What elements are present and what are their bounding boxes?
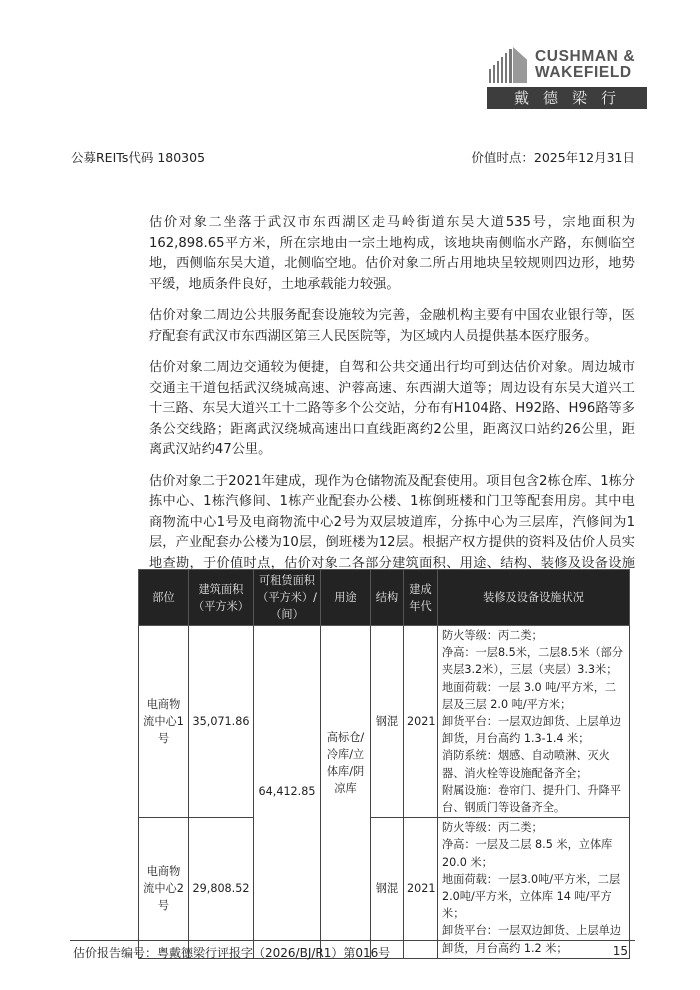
footer-divider [70, 940, 635, 941]
building-spec-table: 部位 建筑面积（平方米） 可租赁面积（平方米）/（间） 用途 结构 建成年代 装… [138, 569, 630, 959]
facility-line: 净高：一层8.5米，二层8.5米（部分夹层3.2米），三层（夹层）3.3米； [442, 644, 626, 678]
col-header-structure: 结构 [371, 570, 404, 626]
facility-line: 地面荷载：一层 3.0 吨/平方米，二层及三层 2.0 吨/平方米； [442, 679, 626, 713]
paragraph-transport: 估价对象二周边交通较为便捷，自驾和公共交通出行均可到达估价对象。周边城市交通主干… [149, 358, 635, 461]
cell-structure: 钢混 [371, 626, 404, 818]
page-number: 15 [613, 944, 628, 958]
table-row: 电商物流中心1号 35,071.86 64,412.85 高标仓/冷库/立体库/… [139, 626, 630, 818]
reits-code: 公募REITs代码 180305 [71, 148, 205, 166]
building-bars-icon [487, 47, 529, 83]
cell-year: 2021 [404, 818, 438, 959]
cell-building-area: 35,071.86 [189, 626, 254, 818]
brand-line-2: WAKEFIELD [535, 65, 635, 81]
cell-part: 电商物流中心2号 [139, 818, 189, 959]
cell-use: 高标仓/冷库/立体库/阴凉库 [321, 626, 371, 959]
col-header-building-area: 建筑面积（平方米） [189, 570, 254, 626]
paragraph-location: 估价对象二坐落于武汉市东西湖区走马岭街道东吴大道535号，宗地面积为162,89… [149, 213, 635, 295]
cell-facilities: 防火等级：丙二类； 净高：一层及二层 8.5 米，立体库 20.0 米； 地面荷… [438, 818, 630, 959]
facility-line: 防火等级：丙二类； [442, 819, 626, 836]
paragraph-public-services: 估价对象二周边公共服务配套设施较为完善，金融机构主要有中国农业银行等，医疗配套有… [149, 306, 635, 347]
facility-line: 附属设施：卷帘门、提升门、升降平台、钢质门等设备齐全。 [442, 782, 626, 816]
facility-line: 地面荷载：一层3.0吨/平方米，二层2.0吨/平方米，立体库 14 吨/平方米； [442, 871, 626, 923]
facility-line: 消防系统：烟感、自动喷淋、灭火器、消火栓等设施配备齐全； [442, 747, 626, 781]
company-logo: CUSHMAN & WAKEFIELD 戴德梁行 [487, 47, 651, 109]
col-header-use: 用途 [321, 570, 371, 626]
col-header-facilities: 装修及设备设施状况 [438, 570, 630, 626]
col-header-year: 建成年代 [404, 570, 438, 626]
body-text: 估价对象二坐落于武汉市东西湖区走马岭街道东吴大道535号，宗地面积为162,89… [149, 213, 635, 606]
cell-rentable-area: 64,412.85 [254, 626, 321, 959]
facility-line: 防火等级：丙二类； [442, 627, 626, 644]
facility-line: 净高：一层及二层 8.5 米，立体库 20.0 米； [442, 836, 626, 870]
table-row: 电商物流中心2号 29,808.52 钢混 2021 防火等级：丙二类； 净高：… [139, 818, 630, 959]
brand-line-1: CUSHMAN & [535, 49, 635, 65]
cell-structure: 钢混 [371, 818, 404, 959]
cell-year: 2021 [404, 626, 438, 818]
brand-name-cn: 戴德梁行 [487, 87, 647, 109]
cell-part: 电商物流中心1号 [139, 626, 189, 818]
facility-line: 卸货平台：一层双边卸货、上层单边卸货，月台高约 1.3-1.4 米； [442, 713, 626, 747]
table-header-row: 部位 建筑面积（平方米） 可租赁面积（平方米）/（间） 用途 结构 建成年代 装… [139, 570, 630, 626]
brand-name-en: CUSHMAN & WAKEFIELD [535, 49, 635, 81]
cell-facilities: 防火等级：丙二类； 净高：一层8.5米，二层8.5米（部分夹层3.2米），三层（… [438, 626, 630, 818]
cell-building-area: 29,808.52 [189, 818, 254, 959]
col-header-part: 部位 [139, 570, 189, 626]
report-number: 估价报告编号：粤戴德梁行评报字（2026/BJ/R1）第016号 [73, 944, 390, 961]
col-header-rentable-area: 可租赁面积（平方米）/（间） [254, 570, 321, 626]
value-date: 价值时点：2025年12月31日 [471, 148, 635, 166]
